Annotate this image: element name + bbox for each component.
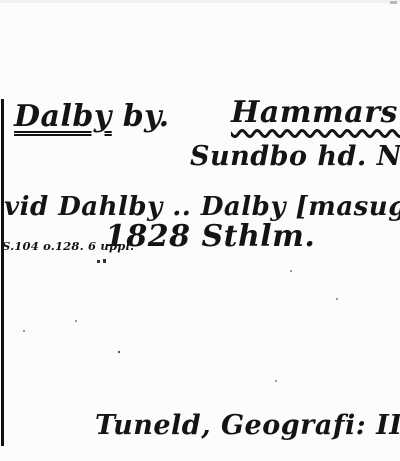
scan-speck	[103, 259, 106, 263]
scan-edge-strip	[0, 0, 400, 3]
district-province: Sundbo hd. Nrk.	[190, 142, 400, 172]
scan-corner-mark	[390, 1, 397, 4]
source-reference: Tuneld, Geografi: II.	[95, 411, 400, 441]
scan-speck	[23, 330, 25, 332]
headword-line: Dalby by.	[14, 100, 170, 133]
parish-name: Hammars sn	[231, 96, 400, 129]
scanned-archive-card: { "card": { "headword_line": { "headword…	[0, 0, 400, 461]
scan-speck	[275, 380, 277, 382]
scan-speck	[75, 320, 77, 322]
scan-speck	[290, 270, 292, 272]
year-and-place: 1828 Sthlm.	[105, 220, 315, 253]
scan-speck	[97, 260, 100, 263]
left-margin-rule	[1, 99, 4, 446]
headword: Dalby	[14, 99, 112, 134]
scan-speck	[118, 351, 120, 353]
scan-speck	[336, 298, 338, 300]
citation-annotation: [masugn]	[296, 192, 400, 222]
citation-excerpt: vid Dahlby .. Dalby	[4, 192, 296, 222]
headword-suffix: by.	[112, 99, 170, 134]
citation-line: vid Dahlby .. Dalby [masugn]	[4, 193, 400, 222]
